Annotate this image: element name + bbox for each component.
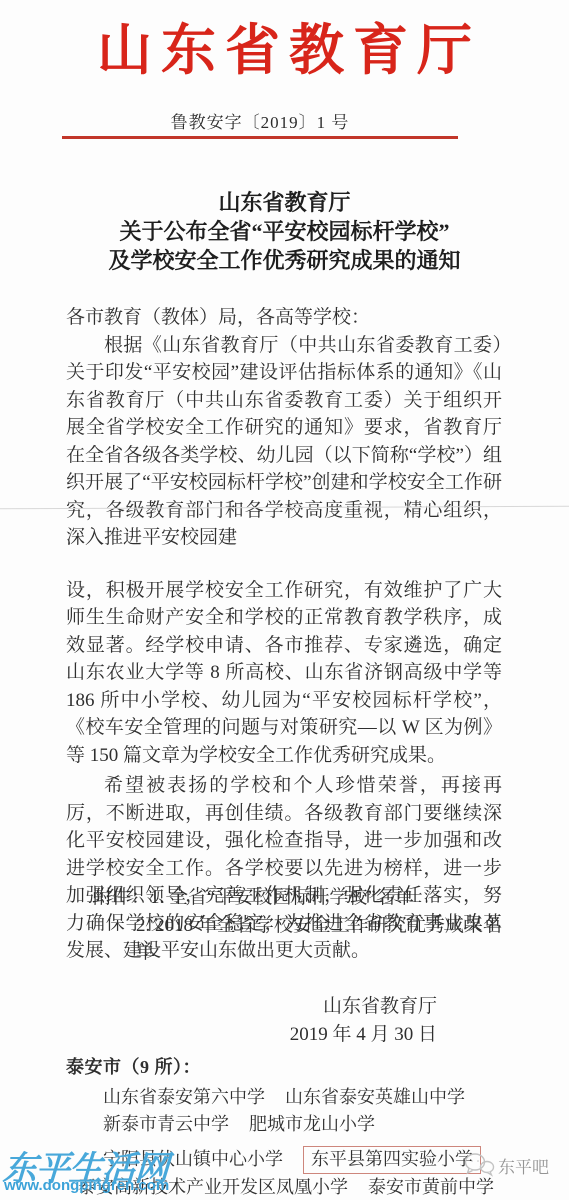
watermark-site-url: www.dongpingren.com	[4, 1177, 169, 1194]
school-row: 山东省泰安第六中学山东省泰安英雄山中学	[66, 1084, 502, 1112]
title-line-3: 及学校安全工作优秀研究成果的通知	[40, 246, 529, 275]
body-paragraph-1a: 根据《山东省教育厅（中共山东省委教育工委）关于印发“平安校园”建设评估指标体系的…	[66, 332, 502, 552]
school-row: 新泰市青云中学肥城市龙山小学	[66, 1111, 502, 1139]
school-name: 山东省泰安第六中学	[103, 1087, 265, 1107]
title-line-2: 关于公布全省“平安校园标杆学校”	[40, 217, 529, 246]
school-name: 肥城市龙山小学	[249, 1114, 375, 1134]
issuing-org-header: 山东省教育厅	[0, 12, 569, 90]
scanned-document-page: 山东省教育厅 鲁教安字〔2019〕1 号 山东省教育厅 关于公布全省“平安校园标…	[0, 0, 569, 1200]
title-line-1: 山东省教育厅	[40, 188, 529, 217]
document-title: 山东省教育厅 关于公布全省“平安校园标杆学校” 及学校安全工作优秀研究成果的通知	[40, 188, 529, 275]
attachment-line-2: 2. 2018 年全省学校安全工作研究优秀成果名单	[66, 912, 502, 967]
body-paragraph-1b: 设，积极开展学校安全工作研究，有效维护了广大师生生命财产安全和学校的正常教育教学…	[66, 577, 502, 770]
badge-label: 东平吧	[498, 1153, 549, 1178]
signature-block: 山东省教育厅 2019 年 4 月 30 日	[66, 993, 502, 1049]
document-body: 各市教育（教体）局，各高等学校： 根据《山东省教育厅（中共山东省委教育工委）关于…	[66, 304, 502, 965]
signature-org: 山东省教育厅	[66, 993, 437, 1021]
red-divider-rule	[62, 136, 458, 139]
chat-bubbles-icon	[463, 1152, 495, 1178]
school-name: 新泰市青云中学	[103, 1114, 229, 1134]
salutation: 各市教育（教体）局，各高等学校：	[66, 304, 502, 332]
highlighted-school-box: 东平县第四实验小学	[303, 1146, 481, 1174]
city-header: 泰安市（9 所）：	[66, 1054, 502, 1082]
dongpingba-badge: 东平吧	[463, 1152, 549, 1178]
attachment-line-1: 附件：1. 全省“平安校园标杆学校”名单	[66, 884, 502, 912]
school-name: 泰安市黄前中学	[368, 1177, 494, 1197]
signature-date: 2019 年 4 月 30 日	[66, 1021, 437, 1049]
document-number: 鲁教安字〔2019〕1 号	[0, 108, 520, 133]
attachments-block: 附件：1. 全省“平安校园标杆学校”名单 2. 2018 年全省学校安全工作研究…	[66, 884, 502, 967]
school-name: 山东省泰安英雄山中学	[285, 1087, 465, 1107]
